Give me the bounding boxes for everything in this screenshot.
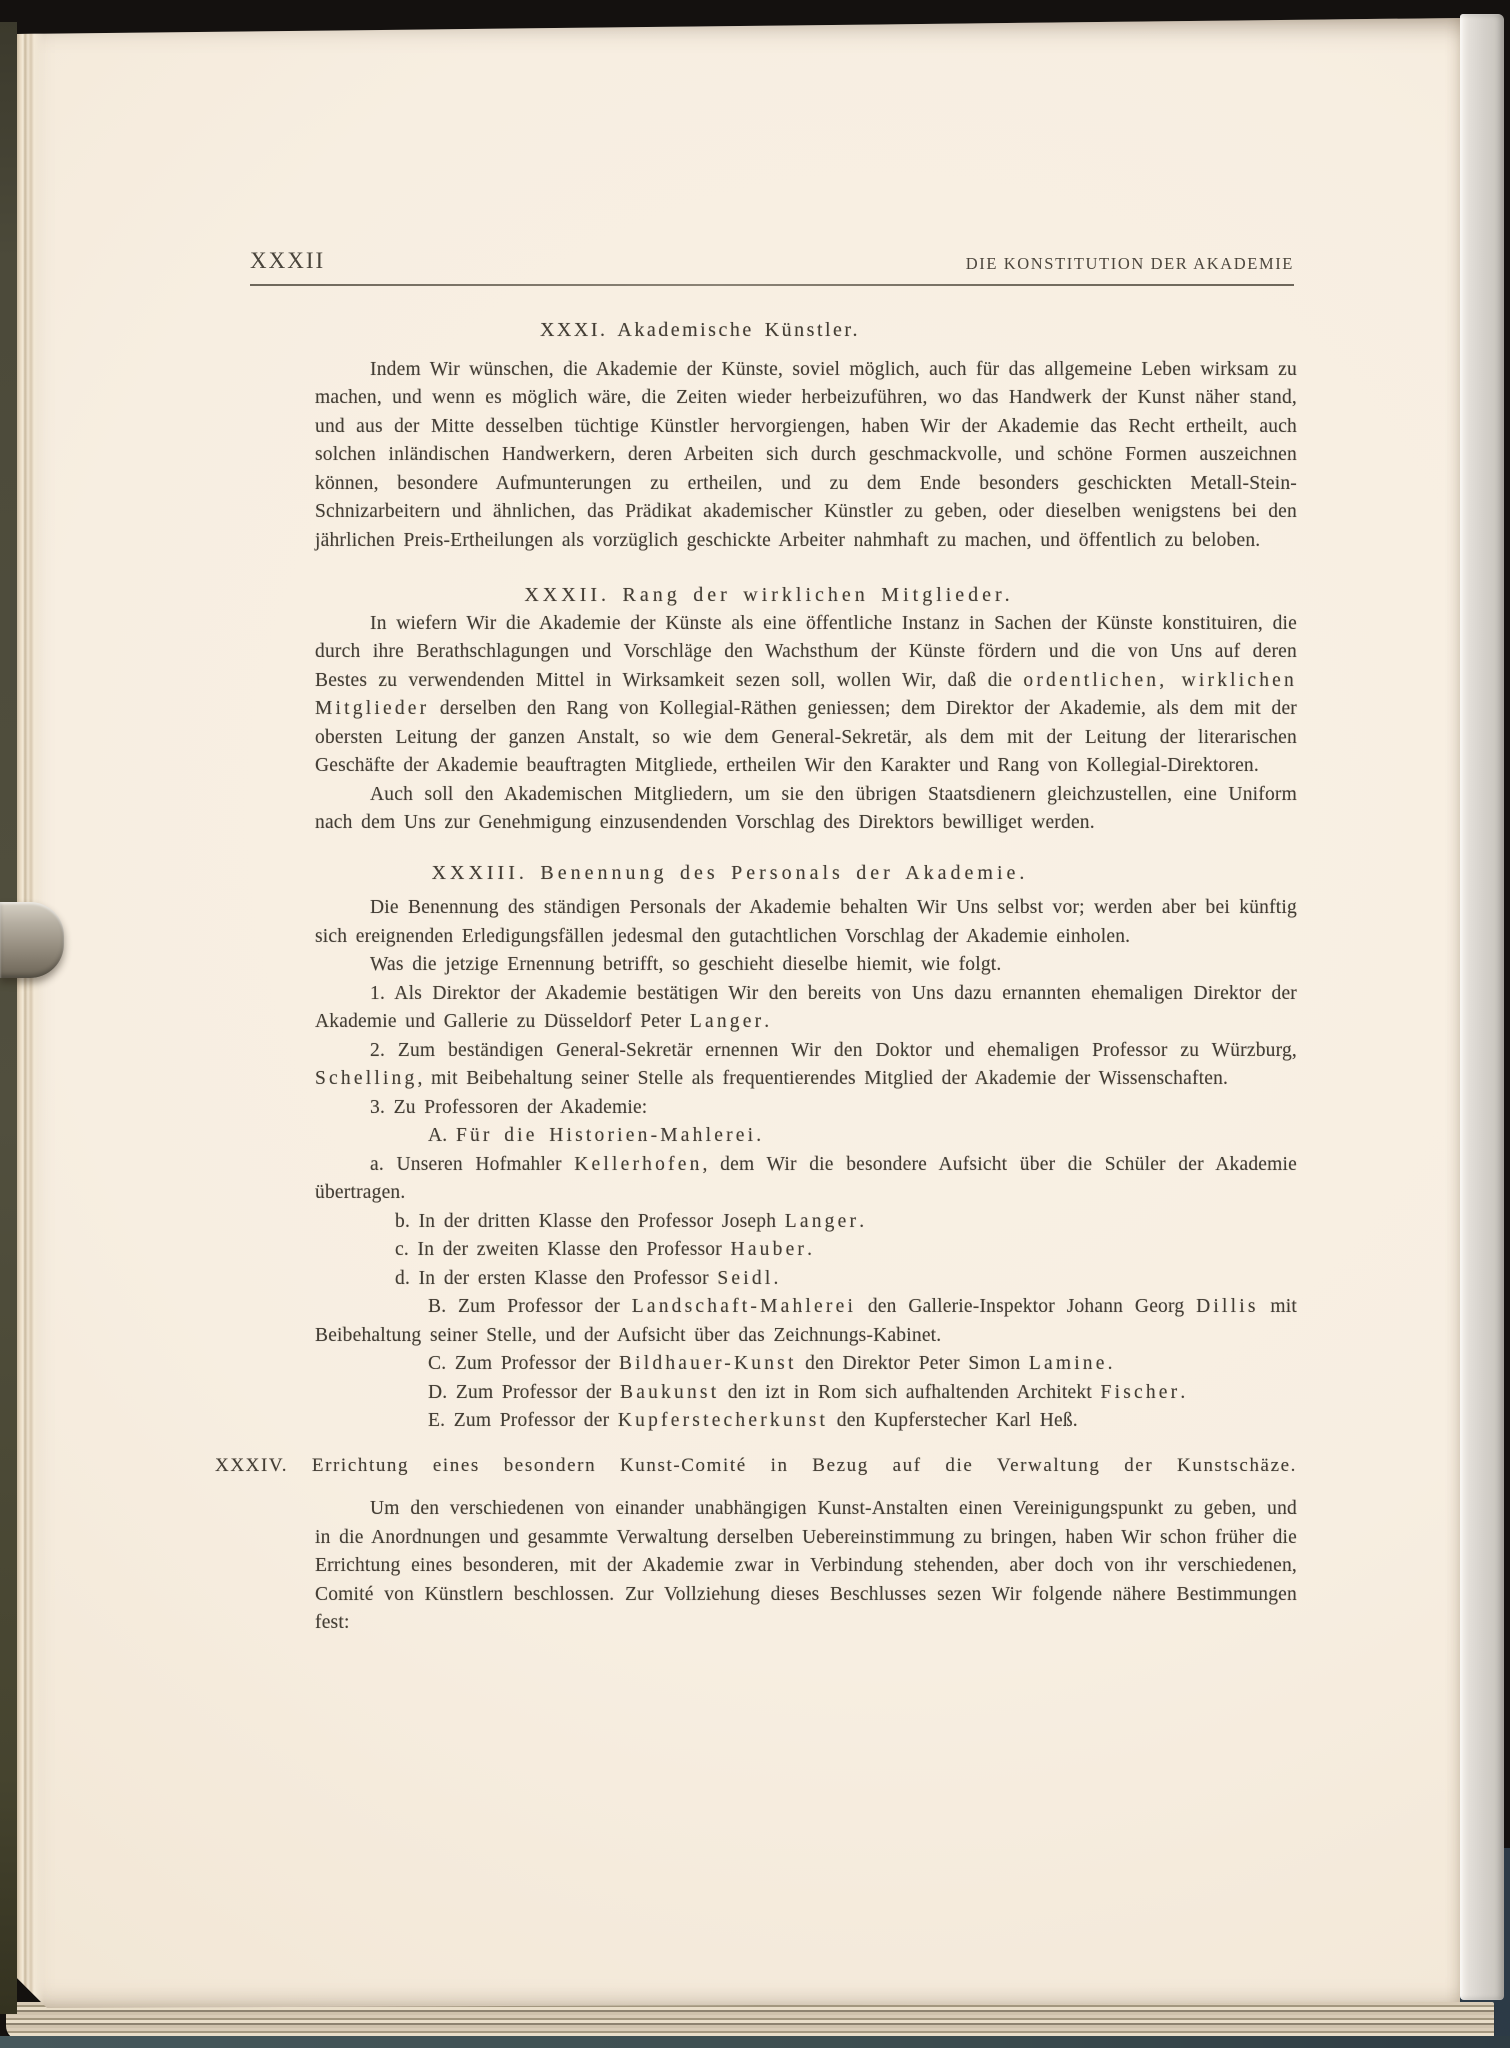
item-a-kellerhofen: a. Unseren Hofmahler Kellerhofen, dem Wi… xyxy=(315,1151,1297,1208)
section-heading-xxxi: XXXI. Akademische Künstler. xyxy=(209,316,1191,345)
paragraph-xxxii-1: In wiefern Wir die Akademie der Künste a… xyxy=(315,610,1297,781)
paragraph-xxxiv-1: Um den verschiedenen von einander unabhä… xyxy=(315,1495,1297,1638)
item-b-langer: b. In der dritten Klasse den Professor J… xyxy=(315,1208,1297,1237)
page-clip xyxy=(0,902,64,978)
header-rule xyxy=(250,284,1294,286)
item-2-general-sekretaer: 2. Zum beständigen General-Sekretär erne… xyxy=(315,1037,1297,1094)
text-column: XXXI. Akademische Künstler.Indem Wir wün… xyxy=(315,316,1297,1638)
book-photo: XXXII DIE KONSTITUTION DER AKADEMIE XXXI… xyxy=(0,0,1510,2048)
page-stack-bottom-edge xyxy=(6,2002,1494,2040)
page-number: XXXII xyxy=(250,248,325,274)
section-heading-xxxiii: XXXIII. Benennung des Personals der Akad… xyxy=(239,859,1221,888)
paragraph-xxxii-2: Auch soll den Akademischen Mitgliedern, … xyxy=(315,781,1297,838)
paragraph-xxxiii-1: Die Benennung des ständigen Personals de… xyxy=(315,894,1297,951)
item-1-direktor: 1. Als Direktor der Akademie bestätigen … xyxy=(315,980,1297,1037)
item-A-historien-mahlerei: A. Für die Historien-Mahlerei. xyxy=(315,1122,1297,1151)
item-B-landschaft: B. Zum Professor der Landschaft-Mahlerei… xyxy=(315,1293,1297,1350)
book-page: XXXII DIE KONSTITUTION DER AKADEMIE XXXI… xyxy=(17,18,1460,2008)
section-heading-xxxiv: XXXIV. Errichtung eines besondern Kunst-… xyxy=(215,1452,1297,1481)
item-3-professoren: 3. Zu Professoren der Akademie: xyxy=(315,1094,1297,1123)
section-heading-xxxii: XXXII. Rang der wirklichen Mitglieder. xyxy=(278,581,1260,610)
desk-surface xyxy=(0,2036,1510,2048)
item-E-kupferstecher: E. Zum Professor der Kupferstecherkunst … xyxy=(315,1407,1297,1436)
item-c-hauber: c. In der zweiten Klasse den Professor H… xyxy=(315,1236,1297,1265)
running-header: DIE KONSTITUTION DER AKADEMIE xyxy=(966,254,1294,274)
binding-strip xyxy=(0,22,17,2014)
item-d-seidl: d. In der ersten Klasse den Professor Se… xyxy=(315,1265,1297,1294)
paragraph-xxxi-1: Indem Wir wünschen, die Akademie der Kün… xyxy=(315,356,1297,556)
item-D-baukunst: D. Zum Professor der Baukunst den izt in… xyxy=(315,1379,1297,1408)
paragraph-xxxiii-2: Was die jetzige Ernennung betrifft, so g… xyxy=(315,951,1297,980)
page-stack-right-edge xyxy=(1460,14,1504,2000)
item-C-bildhauer: C. Zum Professor der Bildhauer-Kunst den… xyxy=(315,1350,1297,1379)
